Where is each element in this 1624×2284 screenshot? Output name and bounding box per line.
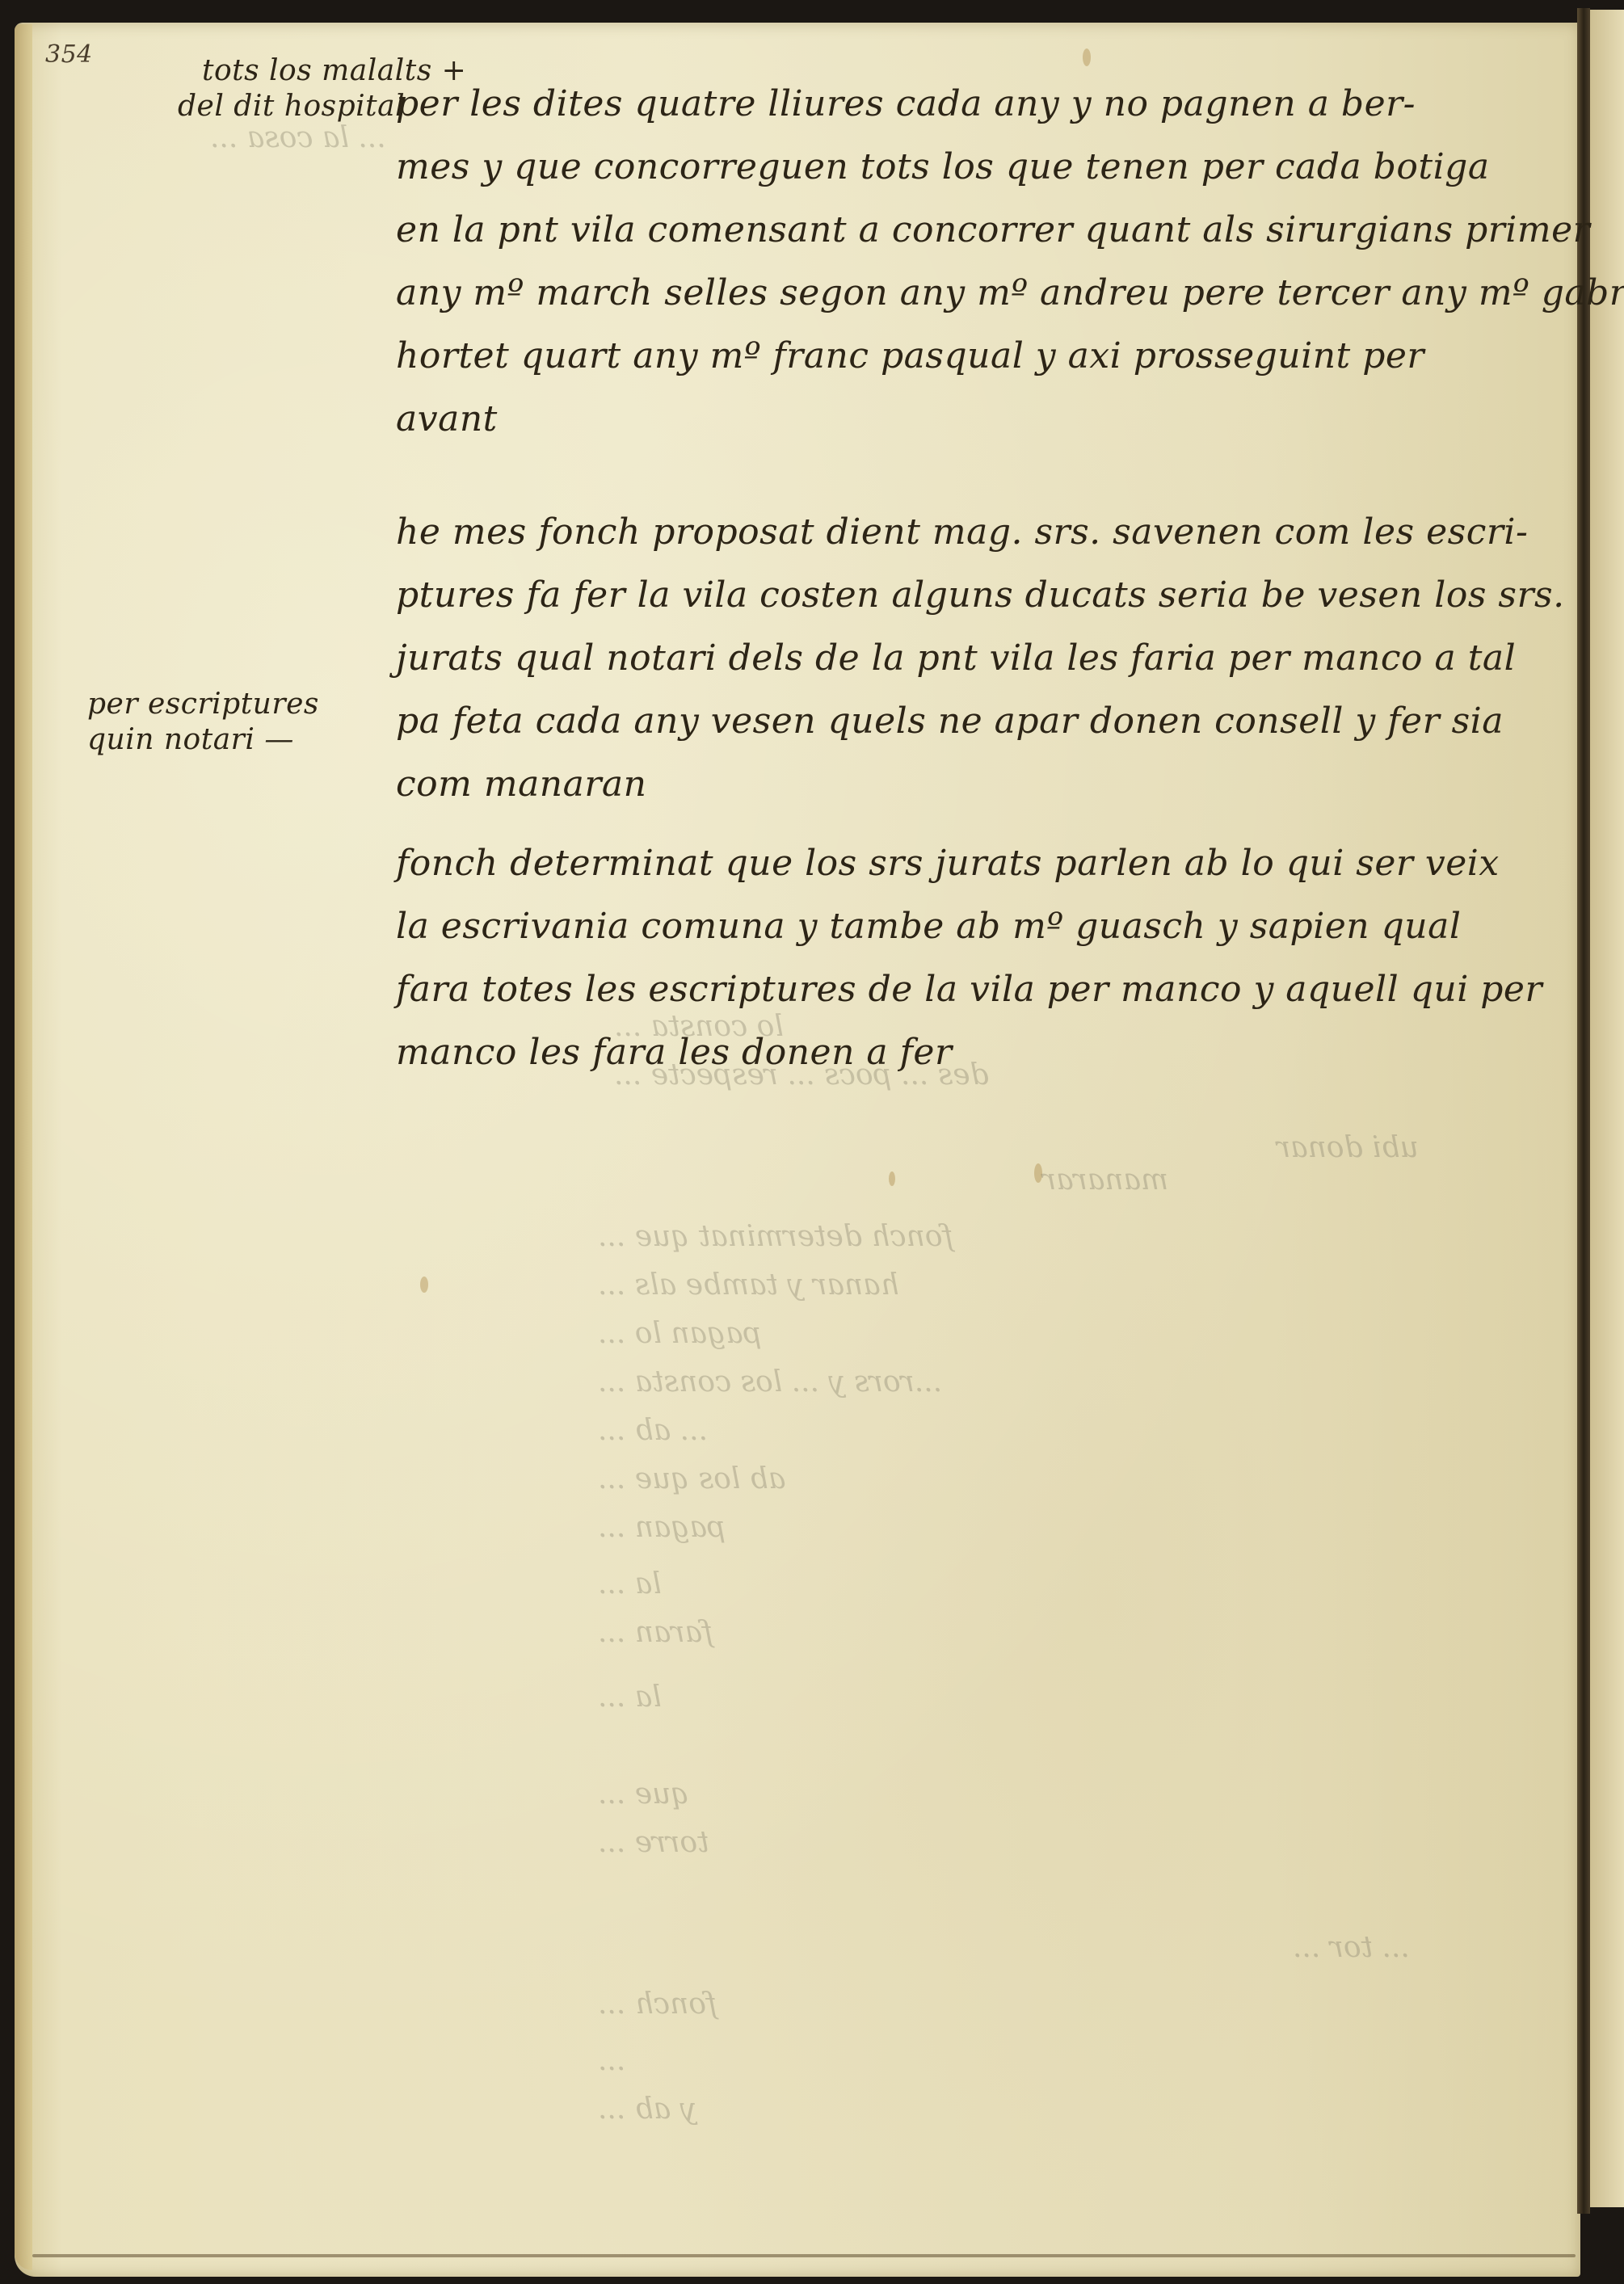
ghost-line: que ... <box>598 1777 689 1811</box>
ghost-line: manarar <box>1042 1163 1168 1197</box>
stain <box>889 1171 895 1186</box>
margin-note-escriptures: per escriptures quin notari — <box>87 687 319 758</box>
ghost-line: y ab ... <box>598 2093 696 2126</box>
ghost-line: ... <box>598 2044 625 2077</box>
manuscript-scan: ... la cosa ... lo consta ... des ... po… <box>0 0 1624 2284</box>
ghost-line: ... la cosa ... <box>210 121 386 154</box>
ghost-line: ... tor ... <box>1293 1931 1410 1964</box>
text-line: per les dites quatre lliures cada any y … <box>396 73 1624 136</box>
stain <box>1034 1163 1042 1183</box>
margin-note-line: per escriptures <box>87 687 319 722</box>
ghost-line: ... ab ... <box>598 1414 708 1447</box>
text-line: com manaran <box>396 753 1565 816</box>
stain <box>420 1277 428 1293</box>
text-line: la escrivania comuna y tambe ab mº guasc… <box>396 895 1542 958</box>
ghost-line: faran ... <box>598 1616 713 1649</box>
text-line: he mes fonch proposat dient mag. srs. sa… <box>396 501 1565 564</box>
text-line: ptures fa fer la vila costen alguns duca… <box>396 564 1565 627</box>
text-line: jurats qual notari dels de la pnt vila l… <box>396 627 1565 690</box>
leaf-bottom-edge <box>32 2254 1576 2257</box>
ghost-line: ab los que ... <box>598 1462 785 1495</box>
paragraph-determination: fonch determinat que los srs jurats parl… <box>396 832 1542 1084</box>
text-line: avant <box>396 388 1624 451</box>
text-line: hortet quart any mº franc pasqual y axi … <box>396 325 1624 388</box>
ghost-line: fonch determinat que ... <box>598 1220 953 1253</box>
text-line: fonch determinat que los srs jurats parl… <box>396 832 1542 895</box>
text-line: en la pnt vila comensant a concorrer qua… <box>396 199 1624 262</box>
ghost-line: torre ... <box>598 1826 709 1859</box>
text-line: fara totes les escriptures de la vila pe… <box>396 958 1542 1021</box>
margin-note-line: quin notari — <box>87 722 319 758</box>
ghost-line: hanar y tambe als ... <box>598 1268 899 1302</box>
ghost-line: pagan lo ... <box>598 1317 762 1350</box>
text-line: any mº march selles segon any mº andreu … <box>396 262 1624 325</box>
ghost-line: fonch ... <box>598 1987 717 2021</box>
ghost-line: ubi donar <box>1277 1131 1419 1164</box>
text-line: mes y que concorreguen tots los que tene… <box>396 136 1624 199</box>
folio-number: 354 <box>45 40 93 69</box>
text-line: manco les fara les donen a fer <box>396 1021 1542 1084</box>
paragraph-hospital-payment: per les dites quatre lliures cada any y … <box>396 73 1624 451</box>
stain <box>1083 48 1091 66</box>
leaf-edge <box>15 24 32 2270</box>
ghost-line: la ... <box>598 1680 662 1714</box>
ghost-line: pagan ... <box>598 1511 726 1544</box>
paragraph-proposal: he mes fonch proposat dient mag. srs. sa… <box>396 501 1565 816</box>
text-line: pa feta cada any vesen quels ne apar don… <box>396 690 1565 753</box>
ghost-line: la ... <box>598 1567 662 1600</box>
ghost-line: ...rors y ... los consta ... <box>598 1365 942 1399</box>
